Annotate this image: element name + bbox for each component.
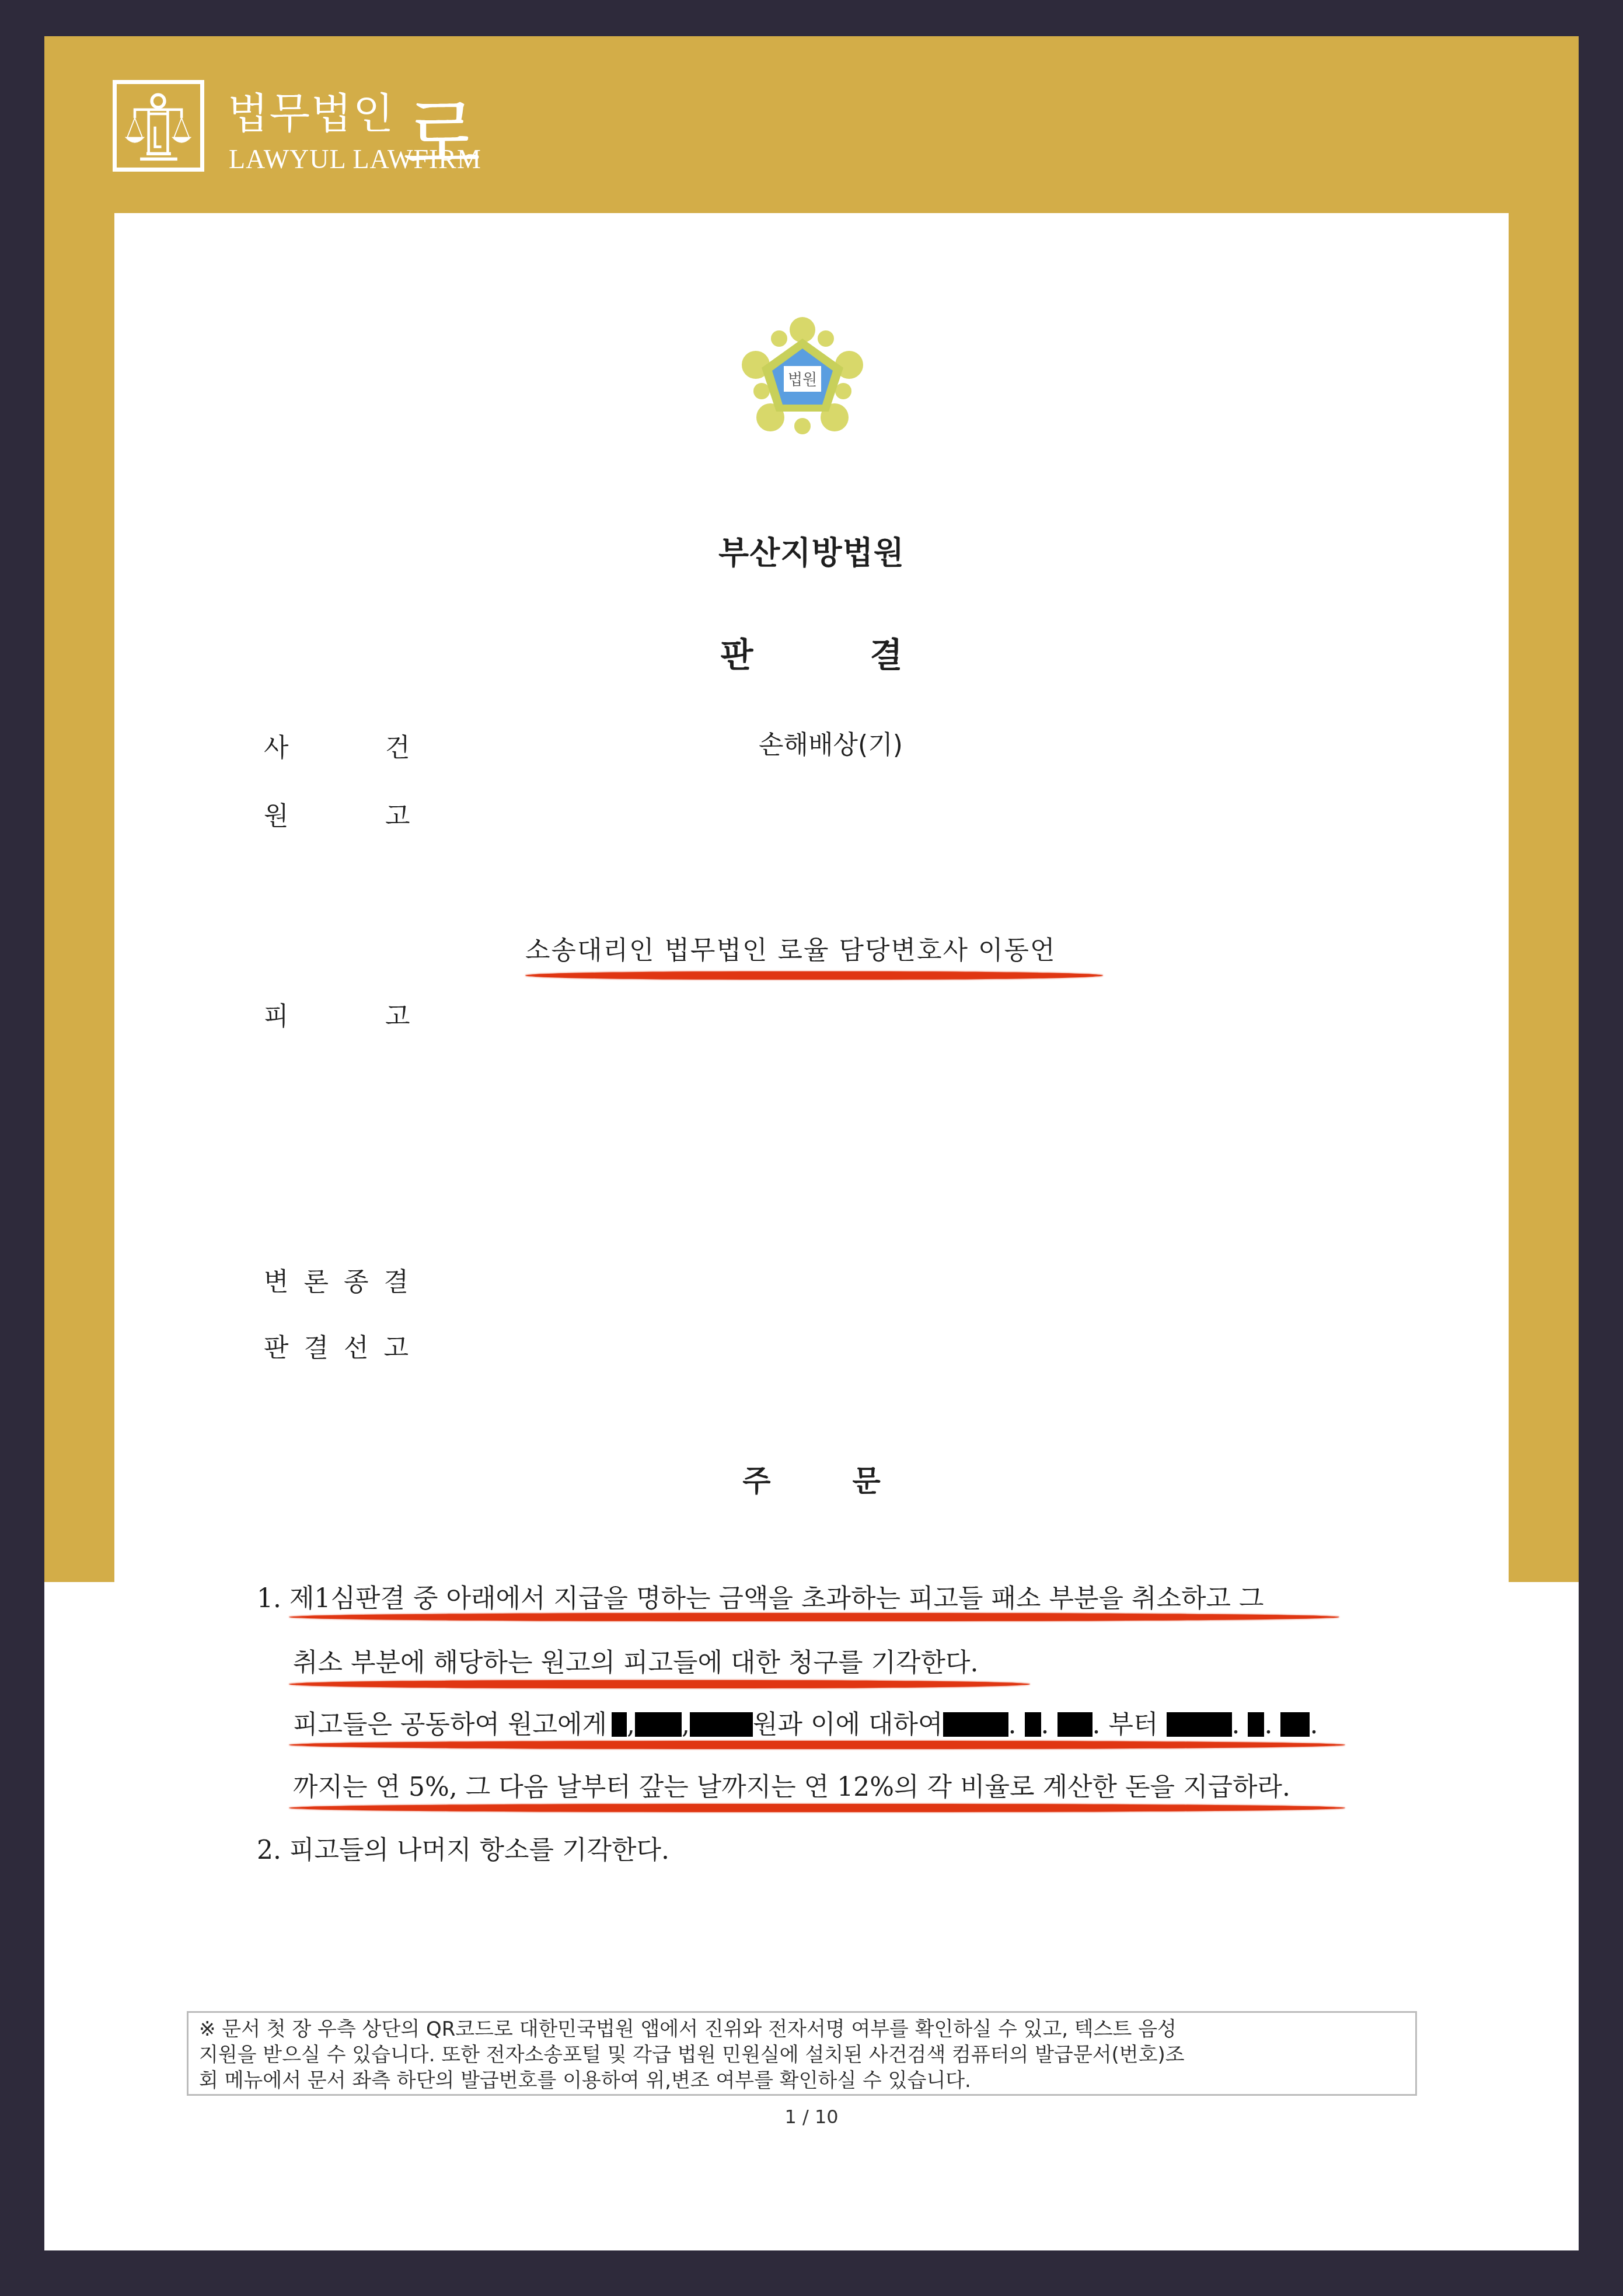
verification-notice: ※ 문서 첫 장 우측 상단의 QR코드로 대한민국법원 앱에서 진위와 전자서… — [187, 2011, 1417, 2096]
red-highlight-underline — [289, 1613, 1339, 1621]
order-item-1-line-4: 까지는 연 5%, 그 다음 날부터 갚는 날까지는 연 12%의 각 비율로 … — [293, 1766, 1290, 1803]
redaction — [1248, 1712, 1264, 1737]
closing-date-label: 변론종결 — [264, 1261, 424, 1298]
notice-line: 지원을 받으실 수 있습니다. 또한 전자소송포털 및 각급 법원 민원실에 설… — [199, 2042, 1405, 2068]
order-item-1-line-1: 1. 제1심판결 중 아래에서 지급을 명하는 금액을 초과하는 피고들 패소 … — [257, 1577, 1264, 1615]
red-highlight-underline — [289, 1680, 1030, 1688]
redaction — [635, 1712, 682, 1737]
order-item-1-line-3: 피고들은 공동하여 원고에게,,원과 이에 대하여. . . 부터 . . . — [293, 1703, 1318, 1741]
brand-name-english: LAWYUL LAWFIRM — [229, 144, 481, 175]
redaction — [1167, 1712, 1232, 1737]
redaction — [1025, 1712, 1041, 1737]
case-value: 손해배상(기) — [759, 724, 903, 761]
notice-line: ※ 문서 첫 장 우측 상단의 QR코드로 대한민국법원 앱에서 진위와 전자서… — [199, 2016, 1405, 2042]
document-title: 판결 — [0, 628, 1623, 677]
scales-of-justice-icon — [113, 80, 204, 172]
order-heading: 주문 — [0, 1458, 1623, 1500]
red-highlight-underline — [289, 1804, 1345, 1812]
attorney-line: 소송대리인 법무법인 로율 담당변호사 이동언 — [525, 929, 1056, 967]
brand-name-prefix: 법무법인 — [228, 79, 395, 140]
redaction — [690, 1712, 753, 1737]
page-indicator: 1 / 10 — [0, 2106, 1623, 2128]
title-char: 결 — [870, 628, 903, 677]
redaction — [1057, 1712, 1093, 1737]
redaction — [612, 1712, 627, 1737]
title-char: 판 — [720, 628, 753, 677]
sentence-date-label: 판결선고 — [264, 1327, 424, 1364]
red-highlight-underline — [289, 1741, 1345, 1749]
svg-text:법원: 법원 — [788, 371, 817, 389]
redaction — [943, 1712, 1008, 1737]
notice-line: 회 메뉴에서 문서 좌측 하단의 발급번호를 이용하여 위,변조 여부를 확인하… — [199, 2068, 1405, 2093]
court-name: 부산지방법원 — [0, 528, 1623, 573]
order-item-2: 2. 피고들의 나머지 항소를 기각한다. — [257, 1829, 669, 1866]
redaction — [1280, 1712, 1310, 1737]
brand-header: 법무법인 로율 LAWYUL LAWFIRM — [113, 78, 554, 173]
red-highlight-underline — [525, 971, 1103, 980]
order-item-1-line-2: 취소 부분에 해당하는 원고의 피고들에 대한 청구를 기각한다. — [293, 1642, 979, 1679]
court-emblem-icon: 법원 — [738, 312, 867, 435]
